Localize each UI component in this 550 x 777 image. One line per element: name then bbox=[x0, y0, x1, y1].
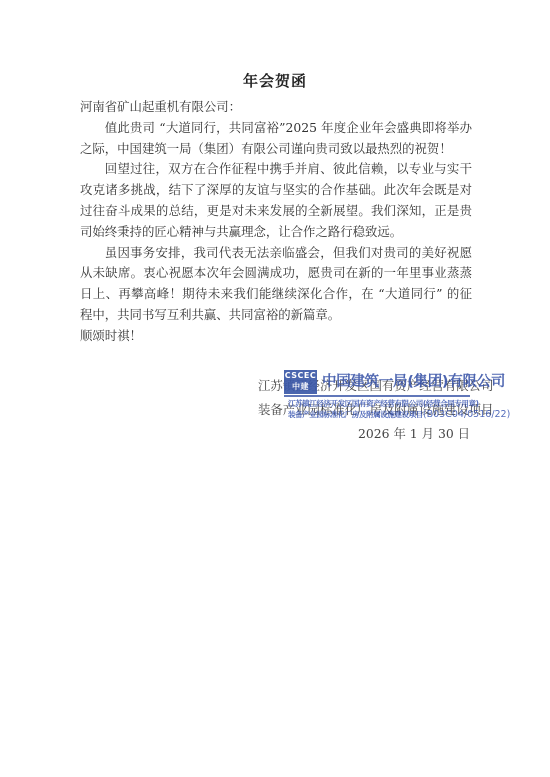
letter-title: 年会贺函 bbox=[0, 70, 550, 91]
signature-line-1: 江苏镇江经济开发区国有资产经营有限公司 bbox=[258, 376, 473, 394]
paragraph-3: 虽因事务安排，我司代表无法亲临盛会，但我们对贵司的美好祝愿从未缺席。衷心祝愿本次… bbox=[80, 243, 472, 326]
salutation: 河南省矿山起重机有限公司： bbox=[80, 97, 472, 118]
signature-line-2: 装备产业园标准化厂房及附属设施建设项目 bbox=[258, 400, 473, 418]
paragraph-1: 值此贵司 “大道同行，共同富裕”2025 年度企业年会盛典即将举办之际，中国建筑… bbox=[80, 118, 472, 160]
letter-body: 河南省矿山起重机有限公司： 值此贵司 “大道同行，共同富裕”2025 年度企业年… bbox=[80, 97, 472, 347]
closing-greeting: 顺颂时祺！ bbox=[80, 326, 472, 347]
paragraph-2: 回望过往，双方在合作征程中携手并肩、彼此信赖，以专业与实干攻克诸多挑战，结下了深… bbox=[80, 159, 472, 242]
letter-page: 年会贺函 河南省矿山起重机有限公司： 值此贵司 “大道同行，共同富裕”2025 … bbox=[0, 0, 550, 777]
stamp-divider bbox=[284, 395, 470, 397]
letter-date: 2026 年 1 月 30 日 bbox=[358, 424, 470, 442]
